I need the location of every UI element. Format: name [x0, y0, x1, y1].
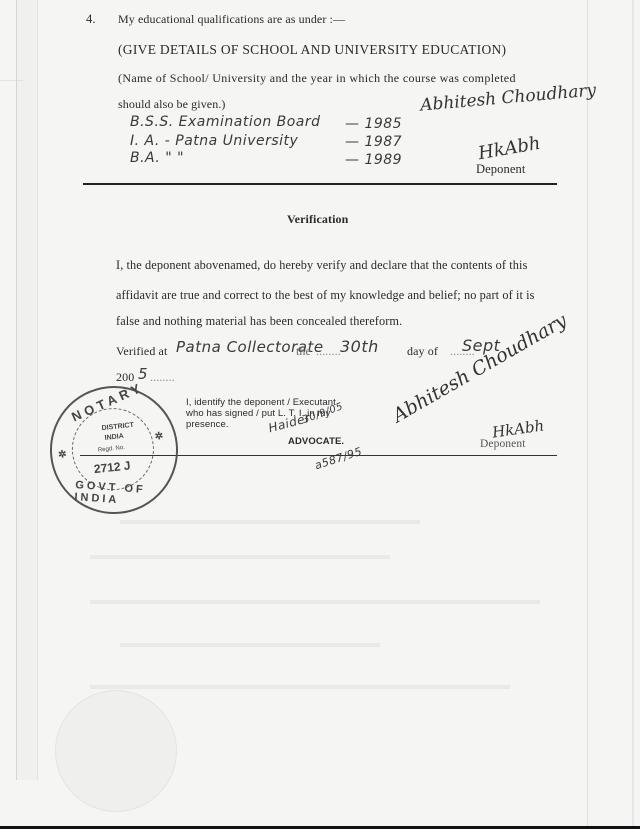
notary-stamp: NOTARY DISTRICT INDIA Regd. No. 2712 J G… [44, 380, 185, 521]
deponent-label: Deponent [480, 438, 526, 450]
stamp-star-icon: ✲ [154, 431, 163, 443]
advocate-identify-line: presence. [186, 419, 229, 430]
bleed-through-text [120, 520, 420, 524]
bleed-through-stamp [55, 690, 177, 812]
stamp-bottom-text: GOVT OF INDIA [74, 479, 181, 510]
page-fold-shadow [16, 0, 38, 780]
deponent-signature: Abhitesh Choudhary [389, 309, 571, 427]
qualification-year: — 1987 [345, 134, 402, 150]
deponent-initials: HkAbh [477, 133, 542, 165]
day-dots: ........ [316, 344, 341, 359]
page-edge-line [632, 0, 634, 829]
qualification-entry: B.S.S. Examination Board [130, 114, 321, 130]
stamp-star-icon: ✲ [58, 449, 67, 461]
qualification-entry: I. A. - Patna University [130, 133, 298, 149]
qualification-entry: B.A. " " [130, 150, 184, 166]
qualifications-note: (Name of School/ University and the year… [118, 71, 516, 86]
year-dots: ........ [150, 370, 175, 385]
qualification-year: — 1985 [345, 116, 402, 132]
deponent-label: Deponent [476, 162, 525, 177]
verified-day: 30th [340, 337, 379, 356]
verification-heading: Verification [287, 212, 348, 227]
item-number: 4. [86, 12, 96, 27]
qualification-year: — 1989 [345, 152, 402, 168]
qualifications-intro: My educational qualifications are as und… [118, 12, 345, 27]
section-divider [83, 183, 557, 185]
page-edge-line [587, 0, 588, 829]
qualifications-note-cont: should also be given.) [118, 97, 226, 112]
bleed-through-text [90, 600, 540, 604]
verification-text-line: I, the deponent abovenamed, do hereby ve… [116, 258, 527, 273]
verification-text-line: false and nothing material has been conc… [116, 314, 402, 329]
day-of-label: day of [407, 344, 438, 359]
verified-at-label: Verified at [116, 344, 167, 359]
bleed-through-text [90, 555, 390, 559]
the-label: the [296, 344, 311, 359]
advocate-reg-number: a587/95 [313, 445, 364, 472]
advocate-identify-line: I, identify the deponent / Executant [186, 397, 336, 408]
bleed-through-text [120, 643, 380, 647]
advocate-label: ADVOCATE. [288, 436, 344, 447]
qualifications-instruction: (GIVE DETAILS OF SCHOOL AND UNIVERSITY E… [118, 42, 506, 58]
bleed-through-text [90, 685, 510, 689]
verification-text-line: affidavit are true and correct to the be… [116, 288, 535, 303]
document-page: 4. My educational qualifications are as … [0, 0, 640, 829]
